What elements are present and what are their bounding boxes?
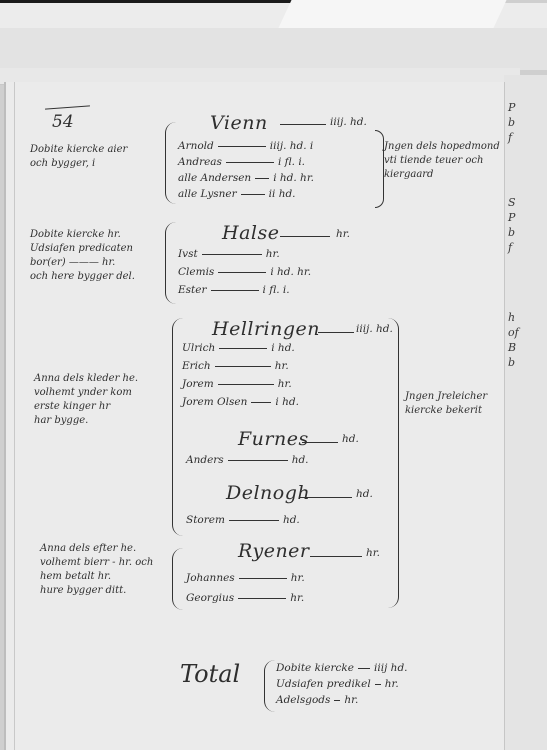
entry-value: hr.: [291, 572, 305, 584]
leader-line: [302, 442, 338, 443]
entry-value: hr.: [344, 694, 358, 706]
leader-line: [280, 124, 326, 125]
left-brace: [172, 548, 183, 610]
entry-name: Arnold: [178, 140, 214, 152]
entry-name: Jorem Olsen: [182, 396, 247, 408]
leader-line: [318, 332, 354, 333]
list-item: alle Anderseni hd. hr.: [178, 170, 314, 186]
margin-note: Anna dels efter he. volhemt bierr - hr. …: [40, 542, 153, 598]
entry-name: Andreas: [178, 156, 222, 168]
list-item: Storemhd.: [186, 512, 300, 528]
entry-value: hr.: [275, 360, 289, 372]
entry-name: Jorem: [182, 378, 214, 390]
list-item: Johanneshr.: [186, 570, 305, 586]
entry-name: Clemis: [178, 266, 214, 278]
folded-paper-corner: [278, 0, 506, 28]
group-title: Furnes: [238, 428, 309, 450]
list-item: Arnoldiiij. hd. i: [178, 138, 313, 154]
adjacent-text-fragment: P b f: [508, 100, 515, 145]
list-item: Esteri fl. i.: [178, 282, 290, 298]
list-item: Andreasi fl. i.: [178, 154, 305, 170]
entry-value: hd.: [292, 454, 309, 466]
left-brace: [264, 660, 275, 712]
entry-value: i hd.: [275, 396, 299, 408]
margin-note: Anna dels kleder he. volhemt ynder kom e…: [34, 372, 138, 428]
group-total: hr.: [336, 228, 350, 240]
list-item: Clemisi hd. hr.: [178, 264, 311, 280]
right-note: Jngen Jreleicher kiercke bekerit: [405, 390, 487, 418]
entry-name: Dobite kiercke: [276, 662, 354, 674]
list-item: Georgiushr.: [186, 590, 304, 606]
left-brace: [165, 122, 176, 204]
entry-value: i hd. hr.: [270, 266, 311, 278]
summary-title: Total: [180, 660, 240, 688]
entry-value: i fl. i.: [263, 284, 290, 296]
group-total: iiij. hd.: [356, 323, 393, 335]
entry-value: iiij hd.: [374, 662, 408, 674]
entry-name: Adelsgods: [276, 694, 330, 706]
right-bracket: [375, 130, 384, 208]
group-title: Delnogh: [226, 482, 310, 504]
left-brace: [165, 222, 176, 304]
summary-row: Udsiafen predikelhr.: [276, 676, 399, 692]
entry-value: hr.: [266, 248, 280, 260]
entry-name: Udsiafen predikel: [276, 678, 371, 690]
right-brace: [388, 318, 399, 608]
entry-name: Storem: [186, 514, 225, 526]
page-number: 54: [52, 112, 74, 132]
entry-name: Ivst: [178, 248, 198, 260]
entry-value: hr.: [385, 678, 399, 690]
list-item: Andershd.: [186, 452, 309, 468]
margin-note: Dobite kiercke hr. Udsiafen predicaten b…: [30, 228, 135, 284]
group-total: hd.: [356, 488, 373, 500]
leader-line: [300, 497, 352, 498]
group-total: hd.: [342, 433, 359, 445]
group-title: Hellringen: [212, 318, 320, 340]
adjacent-text-fragment: S P b f: [508, 195, 516, 255]
list-item: Jorem Olseni hd.: [182, 394, 299, 410]
adjacent-text-fragment: h of B b: [508, 310, 519, 370]
underlying-sheet: [0, 28, 547, 71]
leader-line: [280, 236, 330, 237]
margin-note: Dobite kiercke aier och bygger, i: [30, 143, 127, 171]
adjacent-page: [504, 75, 547, 750]
entry-name: Ulrich: [182, 342, 215, 354]
entry-name: Ester: [178, 284, 207, 296]
entry-name: Johannes: [186, 572, 235, 584]
entry-name: Georgius: [186, 592, 234, 604]
entry-value: hr.: [278, 378, 292, 390]
entry-name: Anders: [186, 454, 224, 466]
list-item: Ivsthr.: [178, 246, 280, 262]
group-title: Ryener: [238, 540, 310, 562]
list-item: Joremhr.: [182, 376, 292, 392]
entry-name: alle Andersen: [178, 172, 251, 184]
entry-value: i hd.: [271, 342, 295, 354]
right-note: Jngen dels hopedmond vti tiende teuer oc…: [384, 140, 500, 182]
entry-value: hd.: [283, 514, 300, 526]
entry-value: i hd. hr.: [273, 172, 314, 184]
entry-value: iiij. hd. i: [270, 140, 314, 152]
group-title: Vienn: [210, 112, 268, 134]
entry-value: i fl. i.: [278, 156, 305, 168]
entry-value: hr.: [290, 592, 304, 604]
entry-name: Erich: [182, 360, 211, 372]
summary-row: Dobite kierckeiiij hd.: [276, 660, 408, 676]
entry-value: ii hd.: [269, 188, 296, 200]
group-total: iiij. hd.: [330, 116, 367, 128]
leader-line: [310, 556, 362, 557]
list-item: Erichhr.: [182, 358, 289, 374]
list-item: alle Lysnerii hd.: [178, 186, 296, 202]
group-title: Halse: [222, 222, 279, 244]
summary-row: Adelsgodshr.: [276, 692, 358, 708]
list-item: Ulrichi hd.: [182, 340, 295, 356]
entry-name: alle Lysner: [178, 188, 237, 200]
group-total: hr.: [366, 547, 380, 559]
